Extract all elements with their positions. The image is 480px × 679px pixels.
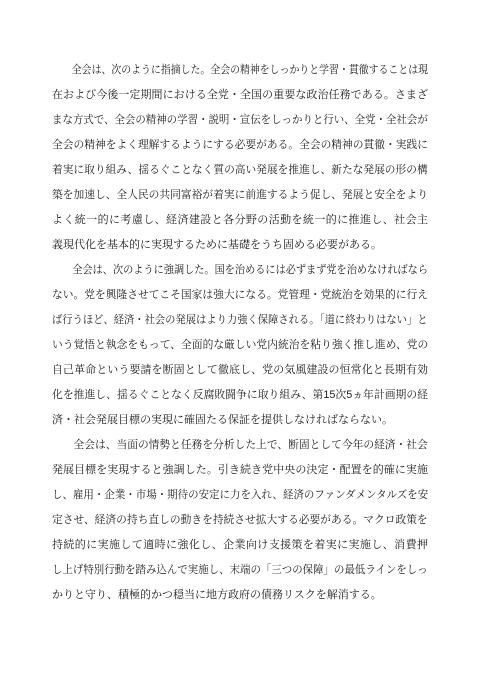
text-line: かりと守り、積極的かつ穏当に地方政府の債務リスクを解消する。 (52, 583, 428, 608)
document-page: 全会は、次のように指摘した。全会の精神をしっかりと学習・貫徹することは現 在およ… (0, 0, 480, 679)
text-line: ば行うほど、経済・社会の発展はより力強く保障される。「道に終わりはない」と (52, 308, 404, 333)
text-line: 持続的に実施して適時に強化し、企業向け支援策を着実に実施し、消費押 (52, 533, 428, 558)
text-line: 全会は、当面の情勢と任務を分析した上で、断固として今年の経済・社会 (52, 433, 419, 458)
text-line: し、雇用・企業・市場・期待の安定に力を入れ、経済のファンダメンタルズを安 (52, 483, 410, 508)
document-body: 全会は、次のように指摘した。全会の精神をしっかりと学習・貫徹することは現 在およ… (52, 58, 428, 608)
text-line: よく統一的に考慮し、経済建設と各分野の活動を統一的に推進し、社会主 (52, 208, 428, 233)
text-line: 着実に取り組み、揺るぐことなく質の高い発展を推進し、新たな発展の形の構 (52, 158, 418, 183)
text-line: 済・社会発展目標の実現に確固たる保証を提供しなければならない。 (52, 408, 428, 433)
text-line: 全会は、次のように指摘した。全会の精神をしっかりと学習・貫徹することは現 (52, 58, 390, 83)
text-line: 全会の精神をよく理解するようにする必要がある。全会の精神の貫徹・実践に (52, 133, 419, 158)
text-line: いう覚悟と執念をもって、全面的な厳しい党内統治を粘り強く推し進め、党の (52, 333, 420, 358)
paragraph-2: 全会は、次のように強調した。国を治めるには必ずまず党を治めなければなら ない。党… (52, 258, 428, 433)
text-line: まな方式で、全会の精神の学習・説明・宣伝をしっかりと行い、全党・全社会が (52, 108, 409, 133)
text-line: 発展目標を実現すると強調した。引き続き党中央の決定・配置を的確に実施 (52, 458, 428, 483)
paragraph-1: 全会は、次のように指摘した。全会の精神をしっかりと学習・貫徹することは現 在およ… (52, 58, 428, 258)
text-line: し上げ特別行動を踏み込んで実施し、末端の「三つの保障」の最低ラインをしっ (52, 558, 409, 583)
text-line: 義現代化を基本的に実現するために基礎をうち固める必要がある。 (52, 233, 428, 258)
text-line: 自己革命という要請を断固として徹底し、党の気風建設の恒常化と長期有効 (52, 358, 428, 383)
text-line: 在および今後一定期間における全党・全国の重要な政治任務である。さまざ (52, 83, 428, 108)
text-line: 化を推進し、揺るぐことなく反腐敗闘争に取り組み、第15次5ヵ年計画期の経 (52, 383, 422, 408)
text-line: 全会は、次のように強調した。国を治めるには必ずまず党を治めなければなら (52, 258, 399, 283)
text-line: ない。党を興隆させてこそ国家は強大になる。党管理・党統治を効果的に行え (52, 283, 419, 308)
paragraph-3: 全会は、当面の情勢と任務を分析した上で、断固として今年の経済・社会 発展目標を実… (52, 433, 428, 608)
text-line: 築を加速し、全人民の共同富裕が着実に前進するよう促し、発展と安全をより (52, 183, 419, 208)
text-line: 定させ、経済の持ち直しの動きを持続させ拡大する必要がある。マクロ政策を (52, 508, 419, 533)
